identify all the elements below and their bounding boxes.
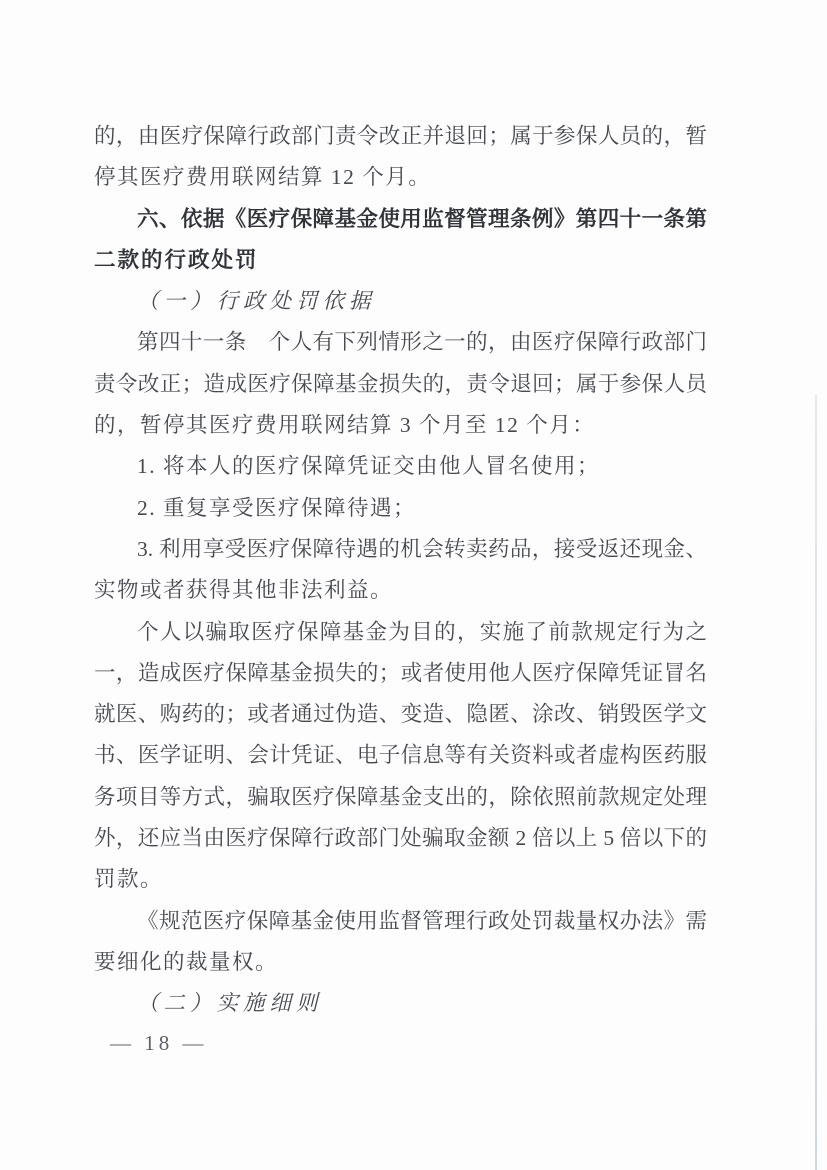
text-line: 实物或者获得其他非法利益。	[94, 570, 707, 611]
text-line: 个人以骗取医疗保障基金为目的，实施了前款规定行为之	[94, 612, 707, 653]
subheading-line: （一）行政处罚依据	[94, 281, 707, 322]
text-line: 一，造成医疗保障基金损失的；或者使用他人医疗保障凭证冒名	[94, 653, 707, 694]
heading-line: 二款的行政处罚	[94, 240, 707, 281]
text-line: 第四十一条 个人有下列情形之一的，由医疗保障行政部门	[94, 322, 707, 363]
text-line: 《规范医疗保障基金使用监督管理行政处罚裁量权办法》需	[94, 901, 707, 942]
text-line: 的，暂停其医疗费用联网结算 3 个月至 12 个月：	[94, 405, 707, 446]
text-line: 务项目等方式，骗取医疗保障基金支出的，除依照前款规定处理	[94, 777, 707, 818]
text-line: 要细化的裁量权。	[94, 942, 707, 983]
text-line: 责令改正；造成医疗保障基金损失的，责令退回；属于参保人员	[94, 364, 707, 405]
subheading-line: （二）实施细则	[94, 983, 707, 1024]
text-line: 罚款。	[94, 859, 707, 900]
scan-edge-artifact	[815, 395, 817, 1170]
text-line: 1. 将本人的医疗保障凭证交由他人冒名使用；	[94, 446, 707, 487]
text-line: 2. 重复享受医疗保障待遇；	[94, 488, 707, 529]
text-line: 书、医学证明、会计凭证、电子信息等有关资料或者虚构医药服	[94, 735, 707, 776]
page-number: — 18 —	[110, 1031, 208, 1056]
text-line: 的，由医疗保障行政部门责令改正并退回；属于参保人员的，暂	[94, 116, 707, 157]
document-page: 的，由医疗保障行政部门责令改正并退回；属于参保人员的，暂停其医疗费用联网结算 1…	[0, 0, 827, 1170]
text-line: 就医、购药的；或者通过伪造、变造、隐匿、涂改、销毁医学文	[94, 694, 707, 735]
text-line: 外，还应当由医疗保障行政部门处骗取金额 2 倍以上 5 倍以下的	[94, 818, 707, 859]
document-body: 的，由医疗保障行政部门责令改正并退回；属于参保人员的，暂停其医疗费用联网结算 1…	[94, 116, 707, 1025]
heading-line: 六、依据《医疗保障基金使用监督管理条例》第四十一条第	[94, 199, 707, 240]
text-line: 3. 利用享受医疗保障待遇的机会转卖药品，接受返还现金、	[94, 529, 707, 570]
text-line: 停其医疗费用联网结算 12 个月。	[94, 157, 707, 198]
